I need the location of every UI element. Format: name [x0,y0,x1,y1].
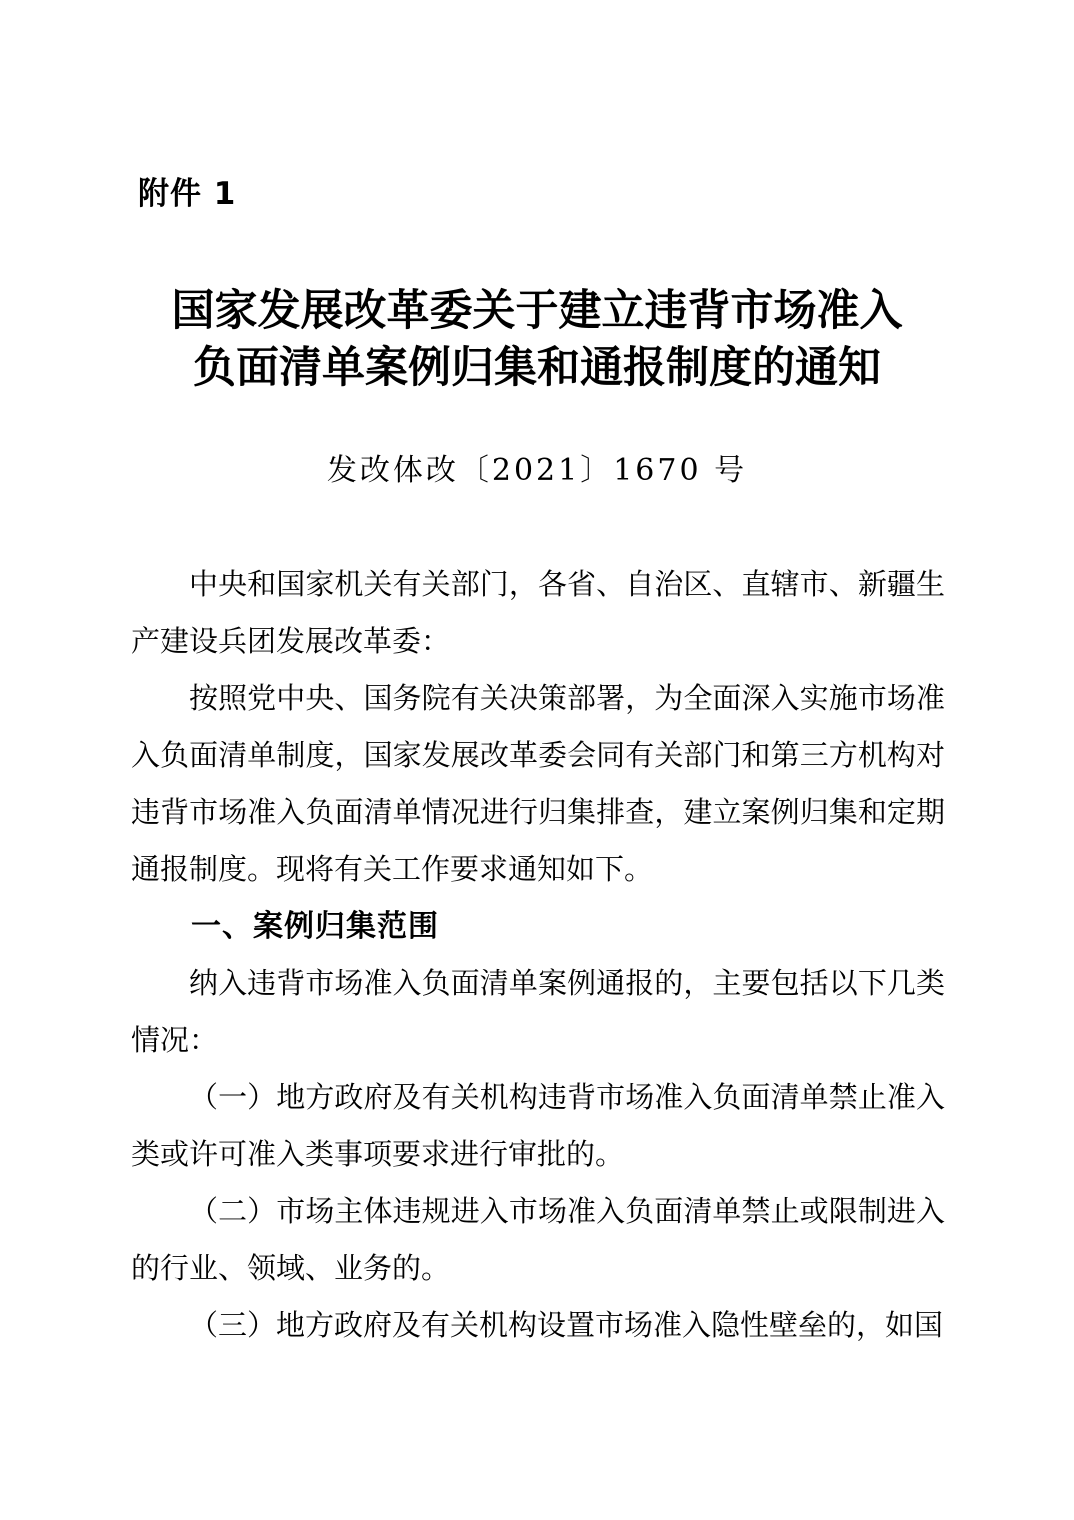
document-title: 国家发展改革委关于建立违背市场准入 负面清单案例归集和通报制度的通知 [0,283,1074,397]
section-1-paragraph-1: 纳入违背市场准入负面清单案例通报的，主要包括以下几类情况： [131,955,945,1069]
document-page: 附件 1 国家发展改革委关于建立违背市场准入 负面清单案例归集和通报制度的通知 … [0,0,1074,1520]
document-title-line-2: 负面清单案例归集和通报制度的通知 [0,340,1074,397]
salutation-paragraph: 中央和国家机关有关部门，各省、自治区、直辖市、新疆生产建设兵团发展改革委： [131,556,945,670]
document-body: 中央和国家机关有关部门，各省、自治区、直辖市、新疆生产建设兵团发展改革委： 按照… [131,556,945,1354]
document-number: 发改体改〔2021〕1670 号 [0,452,1074,490]
section-1-paragraph-2: （一）地方政府及有关机构违背市场准入负面清单禁止准入类或许可准入类事项要求进行审… [131,1069,945,1183]
section-1-paragraph-3: （二）市场主体违规进入市场准入负面清单禁止或限制进入的行业、领域、业务的。 [131,1183,945,1297]
section-1-heading: 一、案例归集范围 [131,898,945,955]
section-1-paragraph-4: （三）地方政府及有关机构设置市场准入隐性壁垒的，如国 [131,1297,945,1354]
document-title-line-1: 国家发展改革委关于建立违背市场准入 [0,283,1074,340]
attachment-label: 附件 1 [138,176,236,212]
intro-paragraph: 按照党中央、国务院有关决策部署，为全面深入实施市场准入负面清单制度，国家发展改革… [131,670,945,898]
